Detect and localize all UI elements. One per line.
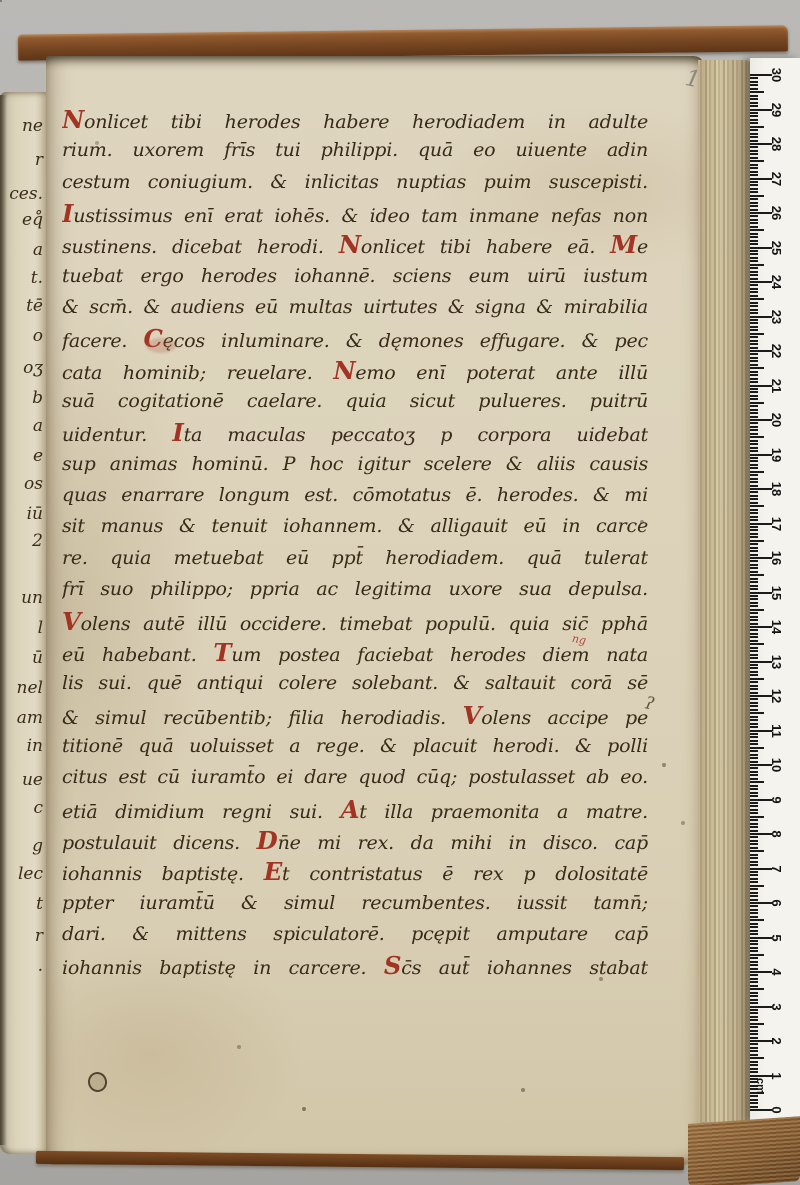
text-line: Iustissimus enī erat iohēs. & ideo tam i… xyxy=(62,198,648,229)
ruler-tick xyxy=(750,291,758,293)
ruler-number: 4 xyxy=(769,959,783,985)
ruler-tick xyxy=(750,253,758,255)
ruler-tick xyxy=(750,550,758,552)
ink-text: t illa praemonita a matre. xyxy=(359,801,648,823)
ruler-tick xyxy=(750,509,758,511)
ruler-tick xyxy=(750,805,758,807)
ink-text: c̄s aut̄ iohannes stabat xyxy=(401,957,648,979)
text-line: ppter iuramt̄ū & simul recumbentes. iuss… xyxy=(62,888,648,919)
ruler-tick xyxy=(750,836,758,838)
ink-text: iohannis baptistę in carcere. xyxy=(62,957,384,979)
ruler-tick xyxy=(750,236,758,238)
text-line: Volens autē illū occidere. timebat popul… xyxy=(62,606,648,637)
ruler-tick xyxy=(750,1088,758,1090)
ruler-tick xyxy=(750,274,758,276)
ink-text: e xyxy=(637,236,648,258)
ruler-number: 22 xyxy=(769,338,783,364)
ruler-tick xyxy=(750,343,758,345)
ruler-tick xyxy=(750,692,758,694)
ruler-tick xyxy=(750,136,758,138)
ruler-tick xyxy=(750,1033,758,1035)
ruler-tick xyxy=(750,440,758,442)
ruler-tick xyxy=(750,502,758,504)
ruler-tick xyxy=(750,391,758,393)
ruler-tick xyxy=(750,433,758,435)
ruler-tick xyxy=(750,374,758,376)
ruler-tick xyxy=(750,819,758,821)
margin-fragment: b xyxy=(32,390,43,407)
ruler-tick xyxy=(750,322,758,324)
ink-text: etiā dimidium regni sui. xyxy=(62,801,341,823)
margin-fragment: un xyxy=(21,590,43,607)
text-line: tuebat ergo herodes iohannē. sciens eum … xyxy=(62,261,648,292)
ruler-tick xyxy=(750,295,758,297)
text-line: postulauit dicens. Dn̄e mi rex. da mihi … xyxy=(62,825,648,856)
margin-fragment: . xyxy=(38,958,43,975)
margin-fragment: ces. xyxy=(9,186,43,203)
ruler-tick xyxy=(750,874,758,876)
ruler-tick xyxy=(750,367,764,369)
rubric-initial: V xyxy=(62,607,81,636)
text-block: Nonlicet tibi herodes habere herodiadem … xyxy=(62,104,648,982)
margin-fragment: eq̊ xyxy=(22,212,43,229)
ruler-tick xyxy=(750,529,758,531)
ruler-tick xyxy=(750,184,758,186)
text-line: suā cogitationē caelare. quia sicut pulu… xyxy=(62,386,648,417)
ruler-tick xyxy=(750,340,758,342)
margin-fragment: ū xyxy=(32,650,43,667)
ruler-tick xyxy=(750,685,758,687)
margin-fragment: ne xyxy=(22,118,43,135)
ruler-tick xyxy=(750,850,764,852)
ruler-tick xyxy=(750,105,758,107)
ruler-tick xyxy=(750,1023,764,1025)
ruler-tick xyxy=(750,588,758,590)
text-line: rium. uxorem frīs tui philippi. quā eo u… xyxy=(62,135,648,166)
ruler-tick xyxy=(750,1016,758,1018)
ruler-tick xyxy=(750,992,758,994)
ruler-tick xyxy=(750,416,758,418)
ruler-tick xyxy=(750,792,758,794)
ink-text: facere. xyxy=(62,330,143,352)
ruler-number: 16 xyxy=(769,545,783,571)
ruler-tick xyxy=(750,491,758,493)
ruler-tick xyxy=(750,878,758,880)
ruler-tick xyxy=(750,436,764,438)
ruler-number: 19 xyxy=(769,442,783,468)
ruler-tick xyxy=(750,761,758,763)
ruler-tick xyxy=(750,1047,758,1049)
ink-text: t contristatus ē rex p dolositatē xyxy=(282,863,648,885)
ruler-number: 8 xyxy=(769,821,783,847)
ruler-tick xyxy=(750,478,758,480)
ruler-tick xyxy=(750,809,758,811)
margin-fragment: a xyxy=(33,418,43,435)
ruler-tick xyxy=(750,271,758,273)
erased-rubric-smudge xyxy=(146,338,176,353)
ruler-tick xyxy=(750,767,758,769)
ruler-tick xyxy=(750,305,758,307)
ruler-tick xyxy=(750,812,758,814)
margin-fragment: os xyxy=(24,476,43,493)
ruler-tick xyxy=(750,712,764,714)
ruler-tick xyxy=(750,260,758,262)
ruler-tick xyxy=(750,150,758,152)
text-line: quas enarrare longum est. cōmotatus ē. h… xyxy=(62,480,648,511)
ruler-number: 24 xyxy=(769,269,783,295)
ruler-tick xyxy=(750,174,758,176)
ruler-tick xyxy=(750,533,758,535)
ruler-tick xyxy=(750,133,758,135)
ink-text: ustissimus enī erat iohēs. & ideo tam in… xyxy=(73,205,648,227)
ruler-number: 20 xyxy=(769,407,783,433)
ruler-tick xyxy=(750,1043,758,1045)
ruler-tick xyxy=(750,964,758,966)
margin-fragment: g xyxy=(32,838,43,855)
ruler-number: 28 xyxy=(769,131,783,157)
ruler-tick xyxy=(750,671,758,673)
ruler-tick xyxy=(750,160,764,162)
ruler-tick xyxy=(750,916,758,918)
text-line: uidentur. Ita maculas peccatoʒ p corpora… xyxy=(62,417,648,448)
ruler-tick xyxy=(750,171,758,173)
ruler-tick xyxy=(750,933,758,935)
ruler-tick xyxy=(750,115,758,117)
ruler-tick xyxy=(750,919,764,921)
margin-fragment: am xyxy=(17,710,43,727)
margin-fragment: lec xyxy=(18,866,43,883)
ruler-tick xyxy=(750,843,758,845)
margin-fragment: in xyxy=(27,738,43,755)
ink-text: ęcos inluminare. & dęmones effugare. & p… xyxy=(163,330,648,352)
ruler-tick xyxy=(750,219,758,221)
ruler-tick xyxy=(750,91,764,93)
ruler-tick xyxy=(750,1054,758,1056)
ruler-tick xyxy=(750,460,758,462)
ruler-tick xyxy=(750,947,758,949)
ruler-tick xyxy=(750,674,758,676)
ruler-tick xyxy=(750,164,758,166)
ruler-tick xyxy=(750,329,758,331)
ink-text: n̄e mi rex. da mihi in disco. cap̄ xyxy=(278,832,648,854)
ruler-tick xyxy=(750,816,764,818)
ruler-tick xyxy=(750,250,758,252)
ruler-tick xyxy=(750,940,758,942)
ruler-tick xyxy=(750,747,764,749)
ruler-tick xyxy=(750,554,758,556)
ruler-tick xyxy=(750,360,758,362)
ink-text: uidentur. xyxy=(62,424,172,446)
ruler-tick xyxy=(750,353,758,355)
ruler-number: 18 xyxy=(769,476,783,502)
ruler-tick xyxy=(750,209,758,211)
ruler-tick xyxy=(750,888,758,890)
ruler-tick xyxy=(750,598,758,600)
ink-text: olens accipe pe xyxy=(481,707,648,729)
ruler-tick xyxy=(750,429,758,431)
ruler-tick xyxy=(750,943,758,945)
ruler-tick xyxy=(750,188,758,190)
ruler-tick xyxy=(750,667,758,669)
ruler-number: 14 xyxy=(769,614,783,640)
ruler-tick xyxy=(750,88,758,90)
ruler-tick xyxy=(750,705,758,707)
ruler-number: 29 xyxy=(769,97,783,123)
text-line: dari. & mittens spiculatorē. pcępit ampu… xyxy=(62,919,648,950)
ruler-tick xyxy=(750,968,758,970)
ruler-tick xyxy=(750,126,764,128)
ruler-tick xyxy=(750,333,764,335)
text-line: sustinens. dicebat herodi. Nonlicet tibi… xyxy=(62,229,648,260)
margin-fragment: r xyxy=(35,928,43,945)
ruler-tick xyxy=(750,781,764,783)
ruler-tick xyxy=(750,98,758,100)
ink-text: rium. uxorem frīs tui philippi. quā eo u… xyxy=(62,139,648,161)
ink-text: eū habebant. xyxy=(62,644,213,666)
ruler-tick xyxy=(750,619,758,621)
ruler-number: 11 xyxy=(769,718,783,744)
rubric-initial: I xyxy=(172,418,183,447)
ruler-number: 27 xyxy=(769,166,783,192)
margin-fragment: 2 xyxy=(32,533,43,550)
ruler-tick xyxy=(750,778,758,780)
ruler-tick xyxy=(750,278,758,280)
ruler-tick xyxy=(750,847,758,849)
ink-text: lis sui. quē antiqui colere solebant. & … xyxy=(62,672,648,694)
ruler-tick xyxy=(750,129,758,131)
text-line: lis sui. quē antiqui colere solebant. & … xyxy=(62,668,648,699)
ink-text: re. quia metuebat eū ppt̄ herodiadem. qu… xyxy=(62,547,648,569)
ruler-tick xyxy=(750,267,758,269)
ruler-tick xyxy=(750,516,758,518)
ruler-tick xyxy=(750,426,758,428)
ruler-tick xyxy=(750,974,758,976)
ruler-tick xyxy=(750,871,758,873)
ruler-tick xyxy=(750,381,758,383)
ruler-tick xyxy=(750,716,758,718)
ink-text: sustinens. dicebat herodi. xyxy=(62,236,339,258)
ruler-tick xyxy=(750,950,758,952)
text-line: sup animas hominū. P hoc igitur scelere … xyxy=(62,449,648,480)
text-line: & scm̄. & audiens eū multas uirtutes & s… xyxy=(62,292,648,323)
ink-text: tuebat ergo herodes iohannē. sciens eum … xyxy=(62,265,648,287)
ruler-tick xyxy=(750,574,764,576)
ruler-tick xyxy=(750,926,758,928)
ruler-tick xyxy=(750,526,758,528)
ruler-tick xyxy=(750,405,758,407)
ruler-tick xyxy=(750,647,758,649)
rubric-initial: T xyxy=(213,638,231,667)
ruler-tick xyxy=(750,395,758,397)
ruler-tick xyxy=(750,609,764,611)
ruler-tick xyxy=(750,450,758,452)
ruler-tick xyxy=(750,930,758,932)
ruler-tick xyxy=(750,702,758,704)
ruler-tick xyxy=(750,119,758,121)
ruler-tick xyxy=(750,195,764,197)
ruler-tick xyxy=(750,754,758,756)
ruler-tick xyxy=(750,547,758,549)
ruler-number: 9 xyxy=(769,787,783,813)
ruler-tick xyxy=(750,698,758,700)
ruler-tick xyxy=(750,909,758,911)
book-corner-edge xyxy=(688,1116,800,1185)
ink-text: citus est cū iuramt̄o ei dare quod cūq; … xyxy=(62,766,648,788)
rubric-initial: E xyxy=(264,857,282,886)
ruler-number: 6 xyxy=(769,890,783,916)
margin-fragment: a xyxy=(33,242,43,259)
ruler-tick xyxy=(750,905,758,907)
text-line: cestum coniugium. & inlicitas nuptias pu… xyxy=(62,167,648,198)
ruler-tick xyxy=(750,205,758,207)
ruler-tick xyxy=(750,240,758,242)
ruler-number: 21 xyxy=(769,373,783,399)
ruler-tick xyxy=(750,257,758,259)
ruler-tick xyxy=(750,471,764,473)
ruler-tick xyxy=(750,726,758,728)
ruler-tick xyxy=(750,895,758,897)
ruler-tick xyxy=(750,1009,758,1011)
ruler-tick xyxy=(750,881,758,883)
ruler-tick xyxy=(750,388,758,390)
ruler-tick xyxy=(750,864,758,866)
ruler-tick xyxy=(750,757,758,759)
ruler-tick xyxy=(750,191,758,193)
ruler-tick xyxy=(750,999,758,1001)
ruler-tick xyxy=(750,319,758,321)
ruler-tick xyxy=(750,861,758,863)
text-line: iohannis baptistę in carcere. Sc̄s aut̄ … xyxy=(62,950,648,981)
ruler-tick xyxy=(750,229,764,231)
ruler-tick xyxy=(750,122,758,124)
ruler-tick xyxy=(750,498,758,500)
ruler-tick xyxy=(750,1099,758,1101)
ink-text: dari. & mittens spiculatorē. pcępit ampu… xyxy=(62,923,648,945)
margin-fragment: o xyxy=(33,328,43,345)
ruler-tick xyxy=(750,643,764,645)
ruler-tick xyxy=(750,226,758,228)
ruler-tick xyxy=(750,923,758,925)
ruler-tick xyxy=(750,1092,764,1094)
ink-text: onlicet tibi habere eā. xyxy=(361,236,610,258)
ruler-tick xyxy=(750,495,758,497)
ruler-tick xyxy=(750,202,758,204)
ruler-tick xyxy=(750,284,758,286)
ruler-tick xyxy=(750,623,758,625)
margin-fragment: tē xyxy=(26,298,43,315)
ruler-tick xyxy=(750,560,758,562)
ruler-number: 1 xyxy=(769,1063,783,1089)
ruler-tick xyxy=(750,81,758,83)
ruler-tick xyxy=(750,215,758,217)
ruler-tick xyxy=(750,650,758,652)
rubric-initial: N xyxy=(333,356,355,385)
ruler-tick xyxy=(750,95,758,97)
rubric-initial: N xyxy=(339,230,361,259)
ruler-number: 3 xyxy=(769,994,783,1020)
ruler-tick xyxy=(750,657,758,659)
measuring-ruler: cm 0123456789101112131415161718192021222… xyxy=(750,58,800,1122)
ruler-tick xyxy=(750,1068,758,1070)
ruler-number: 17 xyxy=(769,511,783,537)
ruler-tick xyxy=(750,912,758,914)
ruler-tick xyxy=(750,233,758,235)
ruler-number: 23 xyxy=(769,304,783,330)
ink-text: postulauit dicens. xyxy=(62,832,257,854)
ruler-number: 5 xyxy=(769,925,783,951)
ink-text: & scm̄. & audiens eū multas uirtutes & s… xyxy=(62,296,648,318)
ruler-tick xyxy=(750,678,764,680)
text-line: etiā dimidium regni sui. At illa praemon… xyxy=(62,794,648,825)
ruler-tick xyxy=(750,336,758,338)
ruler-number: 2 xyxy=(769,1028,783,1054)
ink-text: ta maculas peccatoʒ p corpora uidebat xyxy=(184,424,648,446)
ruler-tick xyxy=(750,84,758,86)
ruler-tick xyxy=(750,167,758,169)
ruler-tick xyxy=(750,681,758,683)
ruler-tick xyxy=(750,954,764,956)
ruler-tick xyxy=(750,485,758,487)
ruler-number: 15 xyxy=(769,580,783,606)
ruler-tick xyxy=(750,357,758,359)
ruler-tick xyxy=(750,102,758,104)
ruler-tick xyxy=(750,612,758,614)
ruler-tick xyxy=(750,774,758,776)
ruler-tick xyxy=(750,198,758,200)
ruler-number: 7 xyxy=(769,856,783,882)
ruler-tick xyxy=(750,364,758,366)
ruler-tick xyxy=(750,264,764,266)
text-line: eū habebant. Tum postea faciebat herodes… xyxy=(62,637,648,668)
ruler-tick xyxy=(750,474,758,476)
ruler-tick xyxy=(750,146,758,148)
ruler-number: 26 xyxy=(769,200,783,226)
ruler-tick xyxy=(750,378,758,380)
margin-fragment: l xyxy=(38,620,43,637)
ruler-tick xyxy=(750,688,758,690)
margin-fragment: t xyxy=(36,896,43,913)
ink-text: um postea faciebat herodes diem nata xyxy=(231,644,648,666)
ink-text: cestum coniugium. & inlicitas nuptias pu… xyxy=(62,171,648,193)
ruler-tick xyxy=(750,826,758,828)
ruler-tick xyxy=(750,1095,758,1097)
ruler-tick xyxy=(750,892,758,894)
ruler-tick xyxy=(750,443,758,445)
ruler-tick xyxy=(750,995,758,997)
ruler-tick xyxy=(750,664,758,666)
ruler-tick xyxy=(750,885,764,887)
ruler-tick xyxy=(750,1085,758,1087)
ruler-tick xyxy=(750,602,758,604)
ruler-tick xyxy=(750,788,758,790)
ruler-number: 12 xyxy=(769,683,783,709)
ruler-tick xyxy=(750,785,758,787)
ruler-tick xyxy=(750,571,758,573)
ruler-number: 13 xyxy=(769,649,783,675)
rubric-initial: M xyxy=(610,230,637,259)
ruler-tick xyxy=(750,771,758,773)
ruler-number: 10 xyxy=(769,752,783,778)
margin-fragment: nel xyxy=(17,680,43,697)
ruler-tick xyxy=(750,312,758,314)
rubric-initial: I xyxy=(62,199,73,228)
ruler-tick xyxy=(750,140,758,142)
text-line: Nonlicet tibi herodes habere herodiadem … xyxy=(62,104,648,135)
ruler-tick xyxy=(750,467,758,469)
ruler-tick xyxy=(750,402,764,404)
text-line: & simul recūbentib; filia herodiadis. Vo… xyxy=(62,700,648,731)
ruler-tick xyxy=(750,398,758,400)
